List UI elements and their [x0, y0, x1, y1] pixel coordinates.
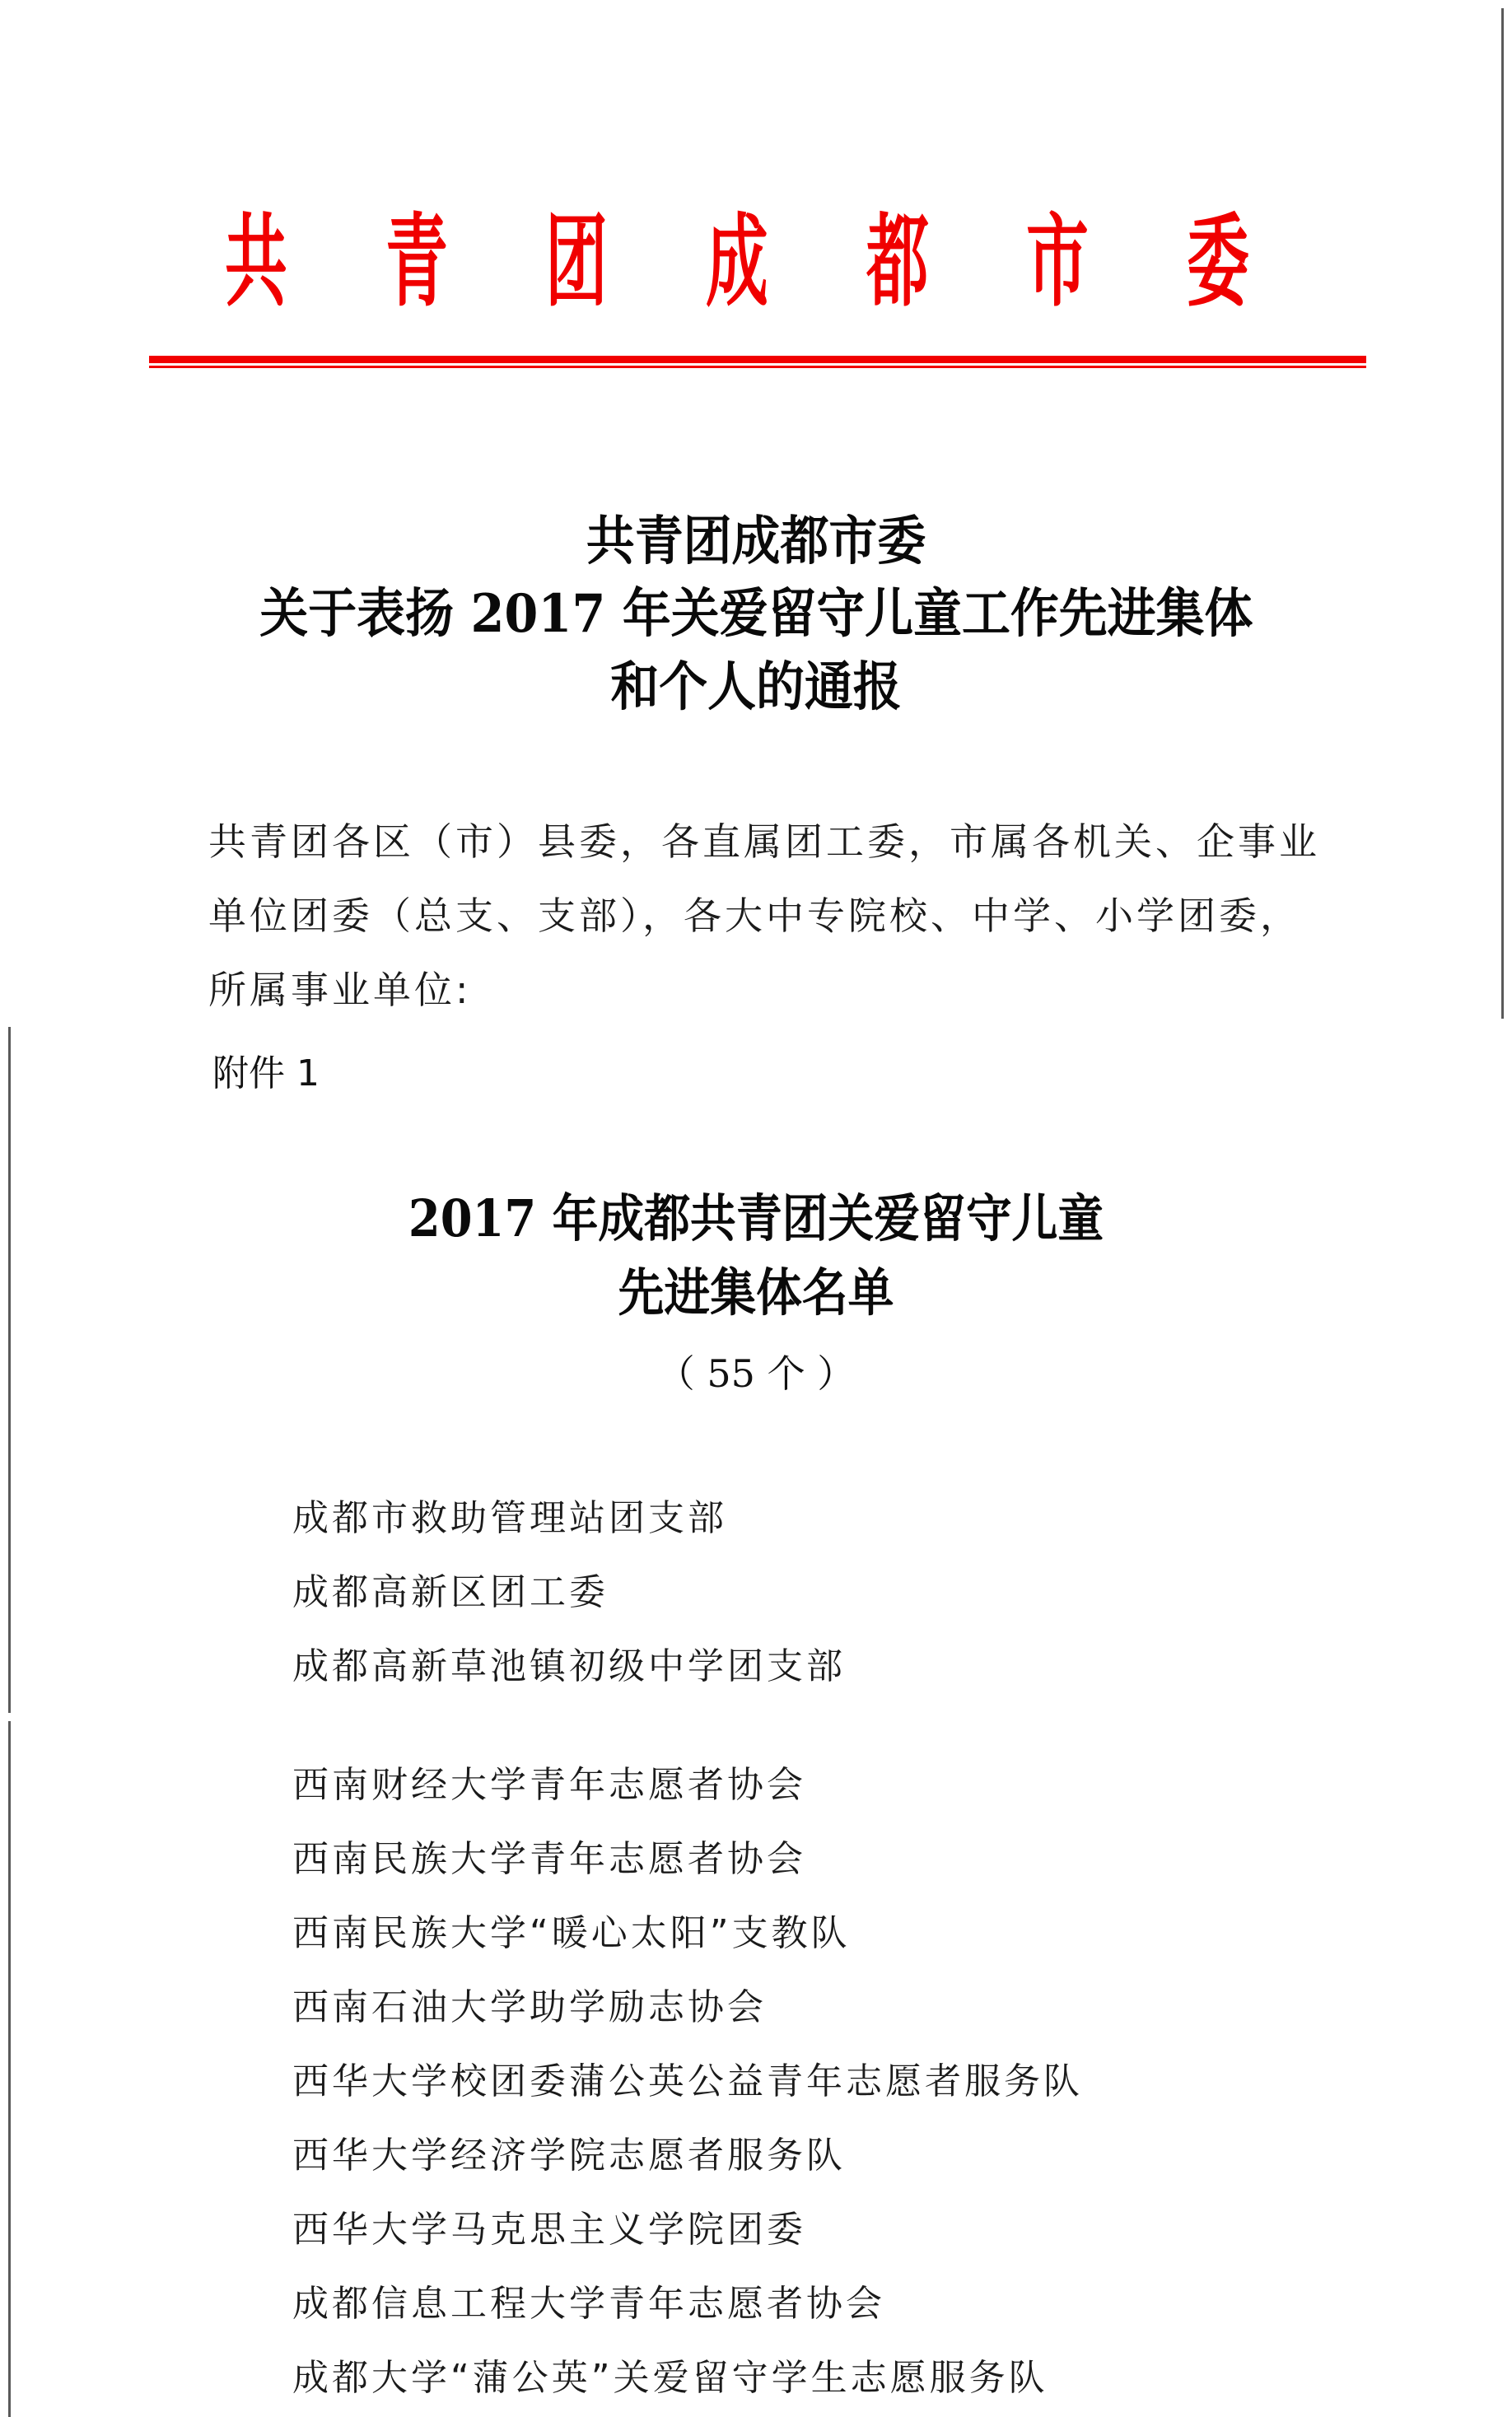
list-item: 西南民族大学青年志愿者协会 [292, 1836, 806, 1883]
letterhead-rule-thick [149, 356, 1366, 363]
list-item: 成都高新草池镇初级中学团支部 [292, 1644, 846, 1690]
letterhead-rule-thin [149, 366, 1366, 368]
list-item: 成都信息工程大学青年志愿者协会 [292, 2281, 885, 2327]
list-item: 成都大学“蒲公英”关爱留守学生志愿服务队 [292, 2355, 1048, 2401]
list-item: 西南民族大学“暖心太阳”支教队 [292, 1911, 851, 1957]
letterhead-char: 团 [545, 208, 608, 315]
annex-title-line-2: 先进集体名单 [0, 1263, 1512, 1323]
letterhead-char: 市 [1026, 208, 1089, 315]
letterhead-char: 委 [1187, 208, 1249, 315]
list-item: 成都市救助管理站团支部 [292, 1495, 727, 1542]
notice-title-line-2: 关于表扬 2017 年关爱留守儿童工作先进集体 [0, 583, 1512, 646]
annex-count: （ 55 个 ） [0, 1351, 1512, 1397]
page-edge-left-lower [8, 1721, 11, 2417]
notice-title-line-1: 共青团成都市委 [0, 511, 1512, 573]
salutation-line-2: 单位团委（总支、支部），各大中专院校、中学、小学团委， [208, 893, 1301, 939]
notice-title-line-3: 和个人的通报 [0, 656, 1512, 719]
list-item: 西南石油大学助学励志协会 [292, 1985, 767, 2031]
annex-label: 附件 1 [212, 1051, 320, 1097]
list-item: 成都高新区团工委 [292, 1570, 609, 1616]
salutation-line-1: 共青团各区（市）县委，各直属团工委，市属各机关、企事业 [208, 819, 1320, 865]
letterhead: 共 青 团 成 都 市 委 [206, 208, 1268, 315]
list-item: 西华大学马克思主义学院团委 [292, 2207, 806, 2253]
list-item: 西华大学经济学院志愿者服务队 [292, 2133, 846, 2179]
list-item: 西华大学校团委蒲公英公益青年志愿者服务队 [292, 2059, 1083, 2105]
letterhead-char: 成 [706, 208, 768, 315]
salutation-line-3: 所属事业单位: [208, 967, 472, 1013]
letterhead-char: 青 [385, 208, 448, 315]
list-item: 西南财经大学青年志愿者协会 [292, 1762, 806, 1808]
annex-title-line-1: 2017 年成都共青团关爱留守儿童 [0, 1189, 1512, 1248]
letterhead-char: 都 [866, 208, 929, 315]
letterhead-char: 共 [225, 208, 287, 315]
